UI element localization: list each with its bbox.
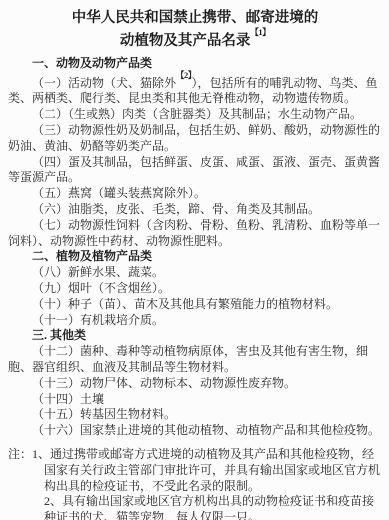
list-item-6: （六）油脂类，皮张、毛类，蹄、骨、角类及其制品。 — [8, 202, 382, 218]
note-1: 注：1、通过携带或邮寄方式进境的动植物及其产品和其他检疫物，经国家有关行政主管部… — [8, 447, 382, 494]
list-item-12: （十二）菌种、毒种等动植物病原体，害虫及其他有害生物，细胞、器官组织、血液及其制… — [8, 344, 382, 376]
list-item-16: （十六）国家禁止进境的其他动植物、动植物产品和其他检疫物。 — [8, 423, 382, 439]
title-line-1: 中华人民共和国禁止携带、邮寄进境的 — [8, 10, 382, 28]
list-item-1: （一）活动物（犬、猫除外【2】），包括所有的哺乳动物、鸟类、鱼类、两栖类、爬行类… — [8, 72, 382, 108]
document-page: 中华人民共和国禁止携带、邮寄进境的 动植物及其产品名录【1】 一、动物及动物产品… — [0, 0, 389, 520]
title-footnote-ref: 【1】 — [250, 27, 270, 37]
document-title: 中华人民共和国禁止携带、邮寄进境的 动植物及其产品名录【1】 — [8, 10, 382, 50]
list-item-4: （四）蛋及其制品，包括鲜蛋、皮蛋、咸蛋、蛋液、蛋壳、蛋黄酱等蛋源产品。 — [8, 155, 382, 187]
section-heading-plant: 二、植物及植物产品类 — [8, 249, 382, 265]
list-item-2: （二）（生或熟）肉类（含脏器类）及其制品；水生动物产品。 — [8, 107, 382, 123]
note-2: 2、具有输出国家或地区官方机构出具的动物检疫证书和疫苗接种证书的犬、猫等宠物，每… — [44, 494, 382, 520]
section-plant-products: 二、植物及植物产品类 （八）新鲜水果、蔬菜。 （九）烟叶（不含烟丝）。 （十）种… — [8, 249, 382, 328]
list-item-3: （三）动物源性奶及奶制品，包括生奶、鲜奶、酸奶，动物源性的奶油、黄油、奶酪等奶类… — [8, 123, 382, 155]
notes-block: 注：1、通过携带或邮寄方式进境的动植物及其产品和其他检疫物，经国家有关行政主管部… — [8, 447, 382, 520]
section-heading-other: 三. 其他类 — [8, 328, 382, 344]
section-animal-products: 一、动物及动物产品类 （一）活动物（犬、猫除外【2】），包括所有的哺乳动物、鸟类… — [8, 56, 382, 250]
section-other: 三. 其他类 （十二）菌种、毒种等动植物病原体，害虫及其他有害生物，细胞、器官组… — [8, 328, 382, 439]
list-item-9: （九）烟叶（不含烟丝）。 — [8, 281, 382, 297]
title-line-2: 动植物及其产品名录【1】 — [8, 28, 382, 50]
item-1-footnote-ref: 【2】 — [176, 70, 192, 80]
list-item-14: （十四）土壤 — [8, 392, 382, 408]
list-item-7: （七）动物源性饲料（含肉粉、骨粉、鱼粉、乳清粉、血粉等单一饲料）、动物源性中药材… — [8, 218, 382, 250]
list-item-5: （五）燕窝（罐头装燕窝除外）。 — [8, 186, 382, 202]
list-item-11: （十一）有机栽培介质。 — [8, 313, 382, 329]
list-item-13: （十三）动物尸体、动物标本、动物源性废弃物。 — [8, 376, 382, 392]
note-label: 注： — [8, 447, 32, 461]
list-item-15: （十五）转基因生物材料。 — [8, 407, 382, 423]
title-line-2-text: 动植物及其产品名录 — [120, 32, 251, 48]
list-item-10: （十）种子（苗）、苗木及其他具有繁殖能力的植物材料。 — [8, 297, 382, 313]
list-item-1-pre: （一）活动物（犬、猫除外 — [32, 76, 176, 90]
section-heading-animal: 一、动物及动物产品类 — [8, 56, 382, 72]
note-1-text: 1、通过携带或邮寄方式进境的动植物及其产品和其他检疫物，经国家有关行政主管部门审… — [32, 447, 380, 493]
list-item-8: （八）新鲜水果、蔬菜。 — [8, 265, 382, 281]
